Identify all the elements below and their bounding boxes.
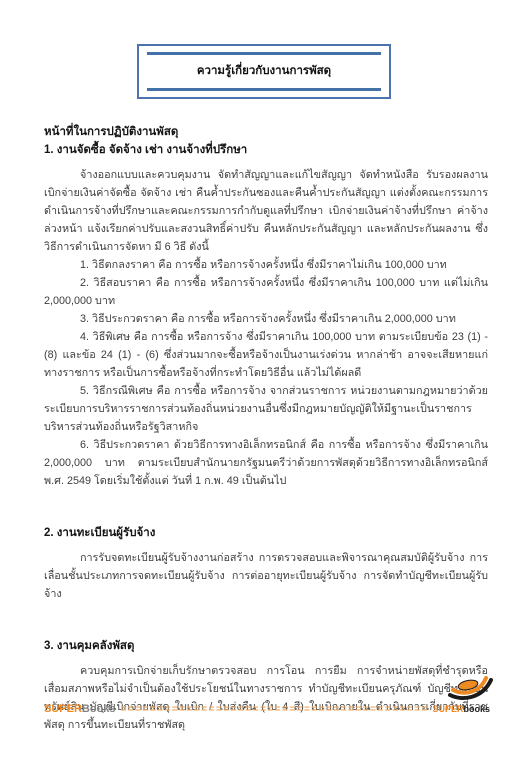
document-content: หน้าที่ในการปฏิบัติงานพัสดุ 1. งานจัดซื้…	[44, 123, 488, 734]
list-item-method-3: 3. วิธีประกวดราคา คือ การซื้อ หรือการจ้า…	[44, 310, 488, 328]
intro-heading: หน้าที่ในการปฏิบัติงานพัสดุ	[44, 123, 488, 141]
section-heading-1: 1. งานจัดซื้อ จัดจ้าง เช่า งานจ้างที่ปรึ…	[44, 141, 488, 159]
list-item-method-4: 4. วิธีพิเศษ คือ การซื้อ หรือการจ้าง ซึ่…	[44, 328, 488, 382]
footer-separator: ========================================…	[121, 704, 428, 715]
list-item-method-6: 6. วิธีประกวดราคา ด้วยวิธีการทางอิเล็กทร…	[44, 436, 488, 490]
list-item-method-5: 5. วิธีกรณีพิเศษ คือ การซื้อ หรือการจ้าง…	[44, 382, 488, 436]
title-box: ความรู้เกี่ยวกับงานการพัสดุ	[137, 44, 391, 99]
list-item-method-1: 1. วิธีตกลงราคา คือ การซื้อ หรือการจ้างค…	[44, 256, 488, 274]
brand-left-super: SUPER	[44, 703, 82, 715]
paragraph: การรับจดทะเบียนผู้รับจ้างงานก่อสร้าง การ…	[44, 549, 488, 603]
footer-brand-left: SUPERBooks	[44, 703, 116, 715]
section-heading-3: 3. งานคุมคลังพัสดุ	[44, 637, 488, 655]
superbooks-swoosh-logo-icon	[446, 668, 494, 704]
page-title: ความรู้เกี่ยวกับงานการพัสดุ	[147, 55, 381, 88]
page-footer: SUPERBooks =============================…	[44, 701, 490, 717]
brand-right-books: books	[463, 704, 490, 714]
paragraph: ควบคุมการเบิกจ่ายเก็บรักษาตรวจสอบ การโอน…	[44, 662, 488, 734]
brand-left-books: Books	[82, 703, 116, 715]
section-heading-2: 2. งานทะเบียนผู้รับจ้าง	[44, 524, 488, 542]
paragraph: จ้างออกแบบและควบคุมงาน จัดทำสัญญาและแก้ไ…	[44, 166, 488, 256]
footer-brand-right: SUPERbooks	[432, 704, 490, 714]
brand-right-super: SUPER	[432, 704, 463, 714]
title-box-bottom-rule	[147, 88, 381, 91]
list-item-method-2: 2. วิธีสอบราคา คือ การซื้อ หรือการจ้างคร…	[44, 274, 488, 310]
document-page: ความรู้เกี่ยวกับงานการพัสดุ หน้าที่ในการ…	[0, 0, 528, 760]
